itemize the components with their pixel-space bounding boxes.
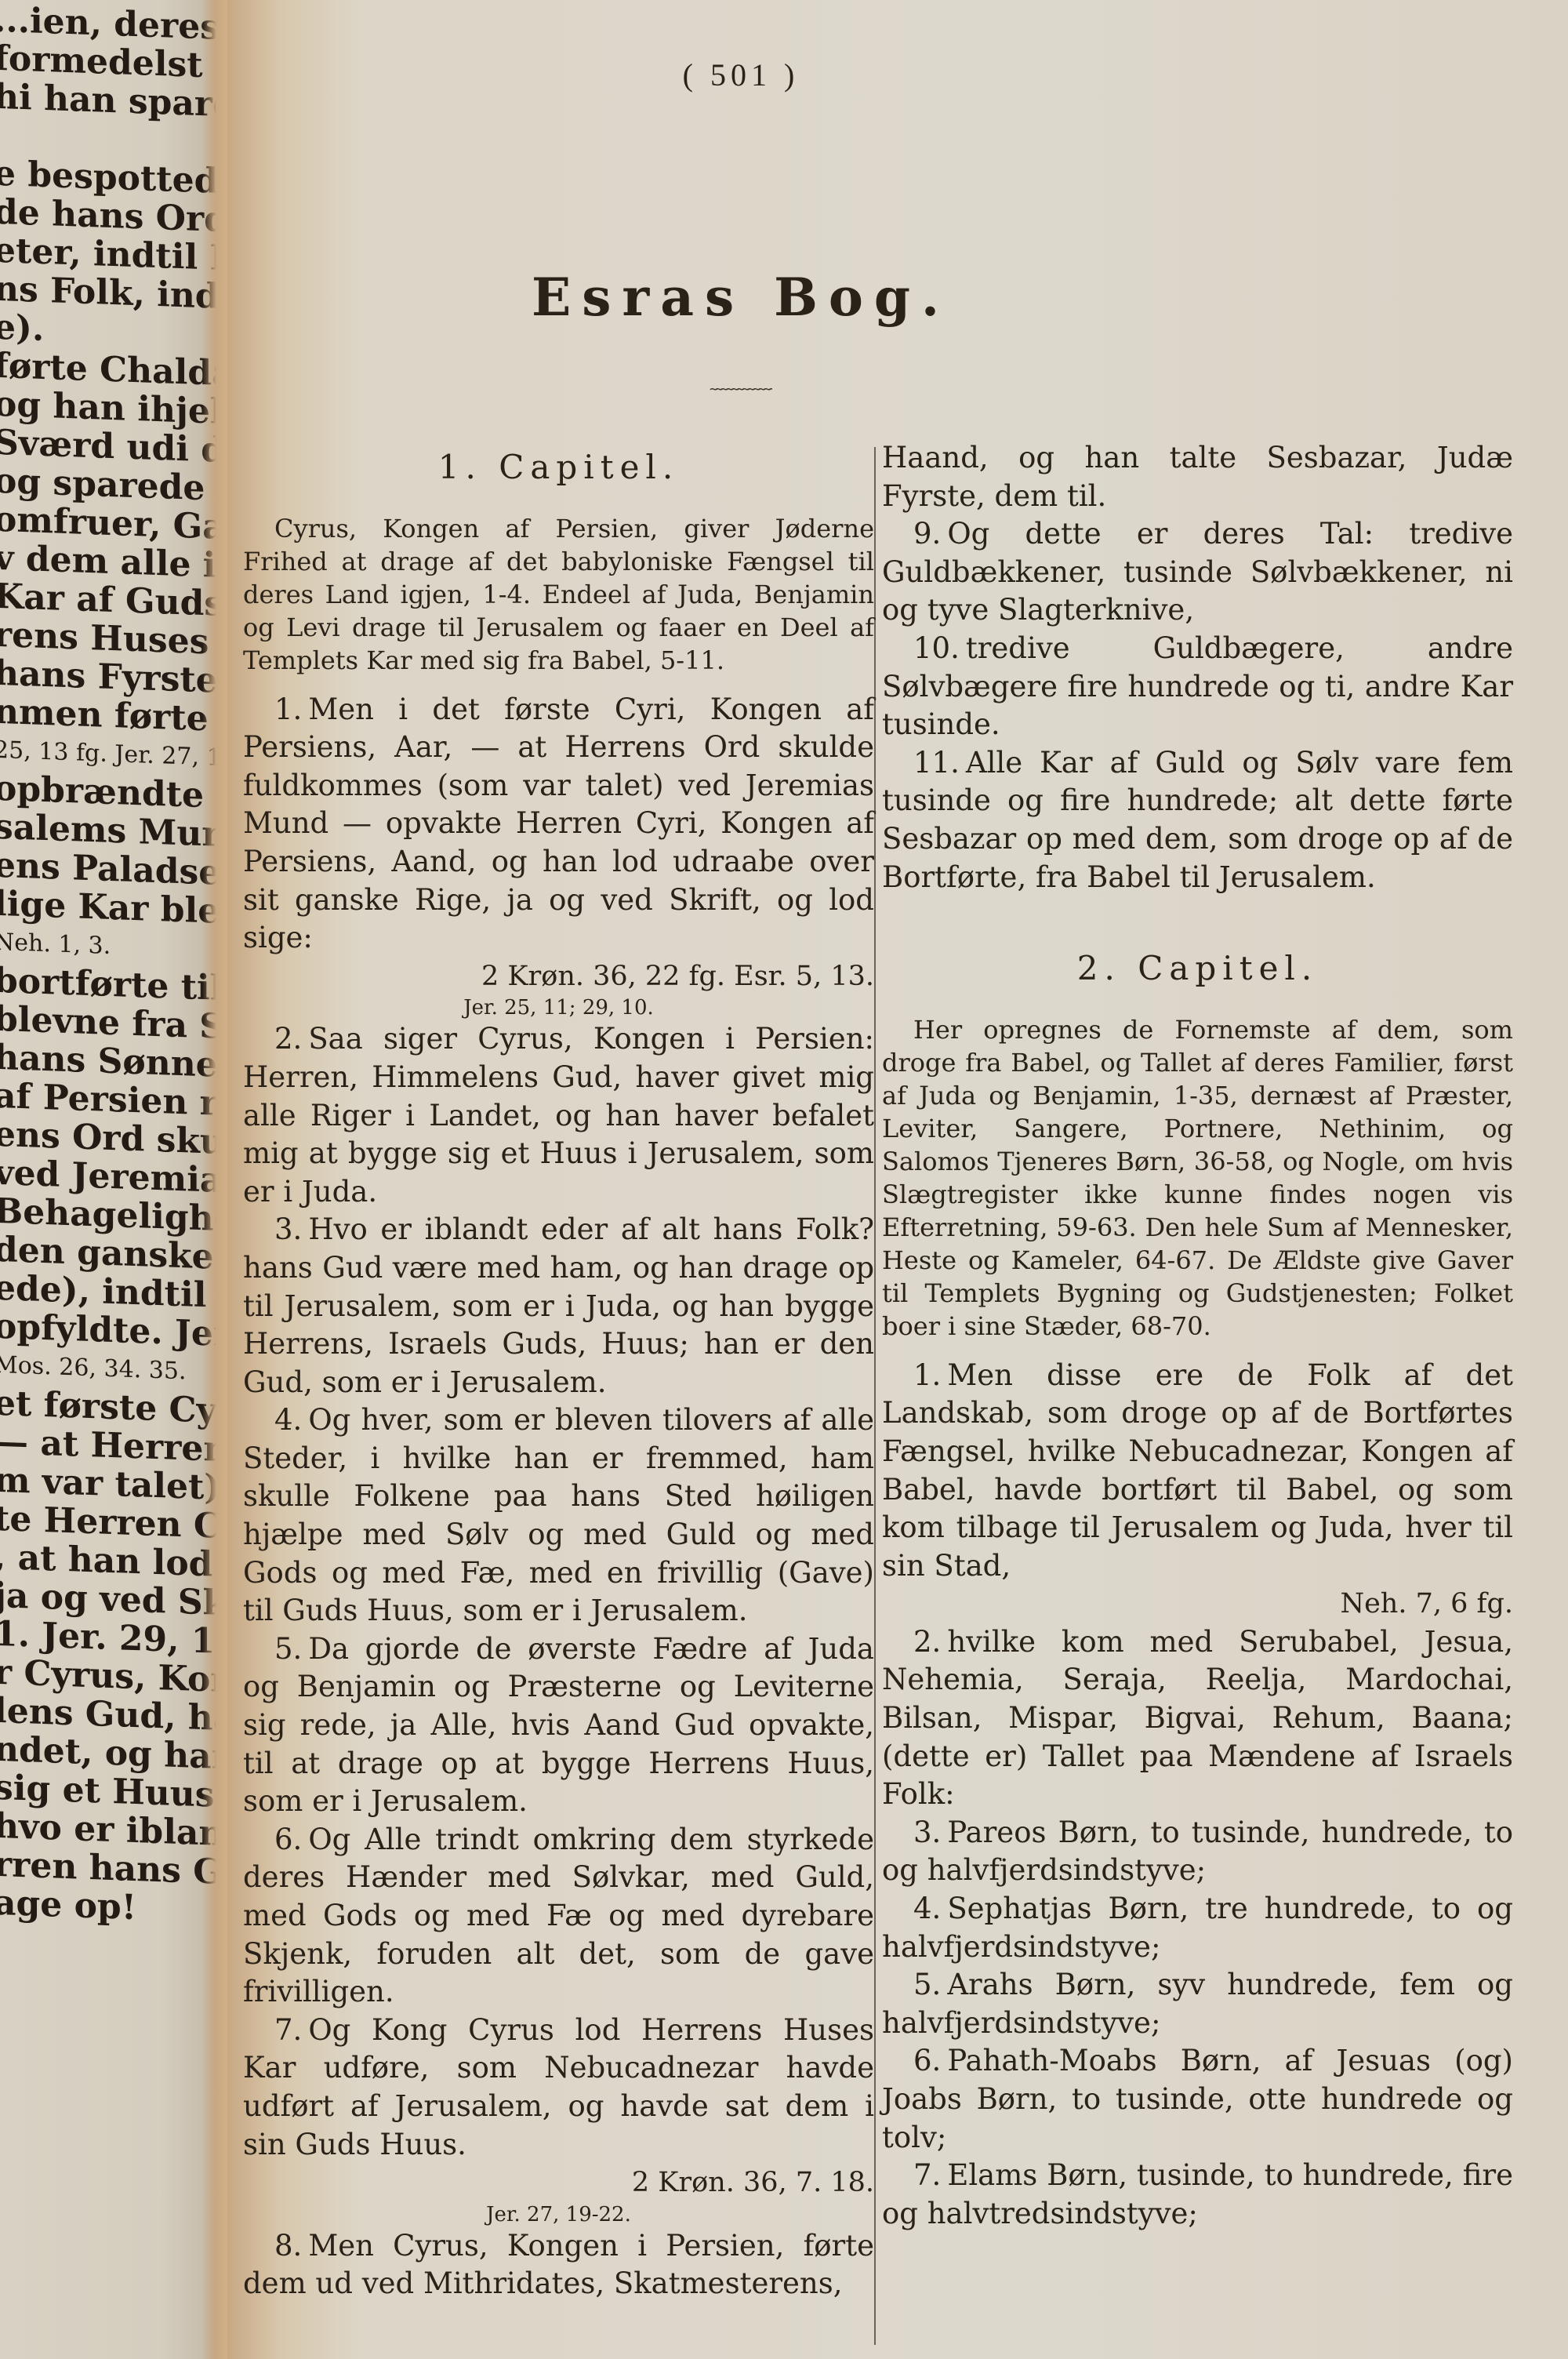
verse: 7.Elams Børn, tusinde, to hundrede, fire… — [882, 2157, 1513, 2233]
verse-text: Og hver, som er bleven tilovers af alle … — [243, 1403, 874, 1627]
verse-text: Sephatjas Børn, tre hundrede, to og halv… — [882, 1892, 1513, 1964]
chapter-summary: Cyrus, Kongen af Persien, giver Jøderne … — [243, 512, 874, 677]
verse-text: tredive Guldbægere, andre Sølvbægere fir… — [882, 631, 1513, 741]
verse-number: 3. — [274, 1212, 302, 1246]
verse-number: 4. — [913, 1892, 941, 1925]
verse-text: Men disse ere de Folk af det Landskab, s… — [882, 1358, 1513, 1583]
cross-reference: Neh. 7, 6 fg. — [882, 1585, 1513, 1623]
verse: 2.hvilke kom med Serubabel, Jesua, Nehem… — [882, 1623, 1513, 1814]
verse: 5.Da gjorde de øverste Fædre af Juda og … — [243, 1630, 874, 1821]
verse-number: 11. — [913, 746, 960, 780]
verse-number: 6. — [274, 1823, 302, 1856]
chapter-heading: 2. Capitel. — [882, 950, 1513, 988]
verse-text: Pareos Børn, to tusinde, hundrede, to og… — [882, 1816, 1513, 1888]
verse-number: 9. — [913, 517, 941, 551]
page-number: ( 501 ) — [227, 56, 1254, 93]
verse-number: 1. — [913, 1358, 941, 1392]
verse-number: 10. — [913, 631, 960, 665]
book-spread: ...ien, deres Fædre formedelst sine Bud … — [0, 0, 1568, 2359]
column-left: 1. Capitel. Cyrus, Kongen af Persien, gi… — [243, 439, 874, 2303]
verse: 8.Men Cyrus, Kongen i Persien, førte dem… — [243, 2227, 874, 2303]
verse-number: 4. — [274, 1403, 302, 1437]
left-page-fragment: ...ien, deres Fædre formedelst sine Bud … — [0, 0, 227, 2359]
verse-text: Arahs Børn, syv hundrede, fem og halvfje… — [882, 1968, 1513, 2040]
verse: 6.Og Alle trindt omkring dem styrkede de… — [243, 1821, 874, 2012]
verse-text: Hvo er iblandt eder af alt hans Folk? ha… — [243, 1212, 874, 1398]
verse-text: Og Kong Cyrus lod Herrens Huses Kar udfø… — [243, 2013, 874, 2161]
verse: 3.Hvo er iblandt eder af alt hans Folk? … — [243, 1211, 874, 1401]
verse-text: Pahath-Moabs Børn, af Jesuas (og) Joabs … — [882, 2044, 1513, 2154]
verse-text: Da gjorde de øverste Fædre af Juda og Be… — [243, 1632, 874, 1818]
verse: 1.Men disse ere de Folk af det Landskab,… — [882, 1357, 1513, 1586]
verse-continuation: Haand, og han talte Sesbazar, Judæ Fyrst… — [882, 439, 1513, 515]
verse-number: 2. — [274, 1022, 302, 1056]
verse: 4.Sephatjas Børn, tre hundrede, to og ha… — [882, 1890, 1513, 1966]
verse-text: Men Cyrus, Kongen i Persien, førte dem u… — [243, 2229, 874, 2301]
cross-reference: 2 Krøn. 36, 22 fg. Esr. 5, 13. — [243, 958, 874, 996]
chapter-heading: 1. Capitel. — [243, 449, 874, 487]
verse-number: 5. — [274, 1632, 302, 1666]
verse-text: Elams Børn, tusinde, to hundrede, fire o… — [882, 2158, 1513, 2230]
verse-text: Men i det første Cyri, Kongen af Persien… — [243, 692, 874, 955]
verse-text: Saa siger Cyrus, Kongen i Persien: Herre… — [243, 1022, 874, 1208]
column-right: Haand, og han talte Sesbazar, Judæ Fyrst… — [882, 439, 1513, 2233]
spacer — [882, 896, 1513, 940]
verse: 3.Pareos Børn, to tusinde, hundrede, to … — [882, 1814, 1513, 1890]
left-line: age op! — [0, 1884, 227, 1930]
verse-text: hvilke kom med Serubabel, Jesua, Nehemia… — [882, 1625, 1513, 1811]
book-gutter — [202, 0, 227, 2359]
ornament-rule: ~~~~~~~~~~~~~~ — [710, 384, 772, 395]
left-page-text: ...ien, deres Fædre formedelst sine Bud … — [0, 5, 227, 1926]
cross-reference: Jer. 25, 11; 29, 10. — [243, 995, 874, 1020]
verse: 9.Og dette er deres Tal: tredive Guldbæk… — [882, 515, 1513, 630]
verse-number: 1. — [274, 692, 302, 726]
verse-number: 6. — [913, 2044, 941, 2077]
verse-number: 7. — [913, 2158, 941, 2192]
verse: 2.Saa siger Cyrus, Kongen i Persien: Her… — [243, 1020, 874, 1211]
verse-text: Alle Kar af Guld og Sølv vare fem tusind… — [882, 746, 1513, 894]
verse: 4.Og hver, som er bleven tilovers af all… — [243, 1401, 874, 1630]
cross-reference: Jer. 27, 19-22. — [243, 2202, 874, 2227]
column-divider — [874, 447, 876, 2345]
verse: 10.tredive Guldbægere, andre Sølvbægere … — [882, 630, 1513, 744]
verse: 7.Og Kong Cyrus lod Herrens Huses Kar ud… — [243, 2012, 874, 2164]
verse-text: Og dette er deres Tal: tredive Guldbække… — [882, 517, 1513, 627]
verse: 1.Men i det første Cyri, Kongen af Persi… — [243, 691, 874, 958]
verse-number: 5. — [913, 1968, 941, 2001]
book-title: Esras Bog. — [227, 267, 1254, 328]
verse-number: 7. — [274, 2013, 302, 2047]
verse-number: 2. — [913, 1625, 941, 1659]
verse: 5.Arahs Børn, syv hundrede, fem og halvf… — [882, 1966, 1513, 2042]
verse-number: 3. — [913, 1816, 941, 1849]
verse: 11.Alle Kar af Guld og Sølv vare fem tus… — [882, 744, 1513, 896]
verse: 6.Pahath-Moabs Børn, af Jesuas (og) Joab… — [882, 2042, 1513, 2157]
right-page: ( 501 ) Esras Bog. ~~~~~~~~~~~~~~ 1. Cap… — [227, 0, 1568, 2359]
verse-number: 8. — [274, 2229, 302, 2263]
verse-text: Og Alle trindt omkring dem styrkede dere… — [243, 1823, 874, 2008]
cross-reference: 2 Krøn. 36, 7. 18. — [243, 2164, 874, 2202]
chapter-summary: Her opregnes de Fornemste af dem, som dr… — [882, 1013, 1513, 1343]
